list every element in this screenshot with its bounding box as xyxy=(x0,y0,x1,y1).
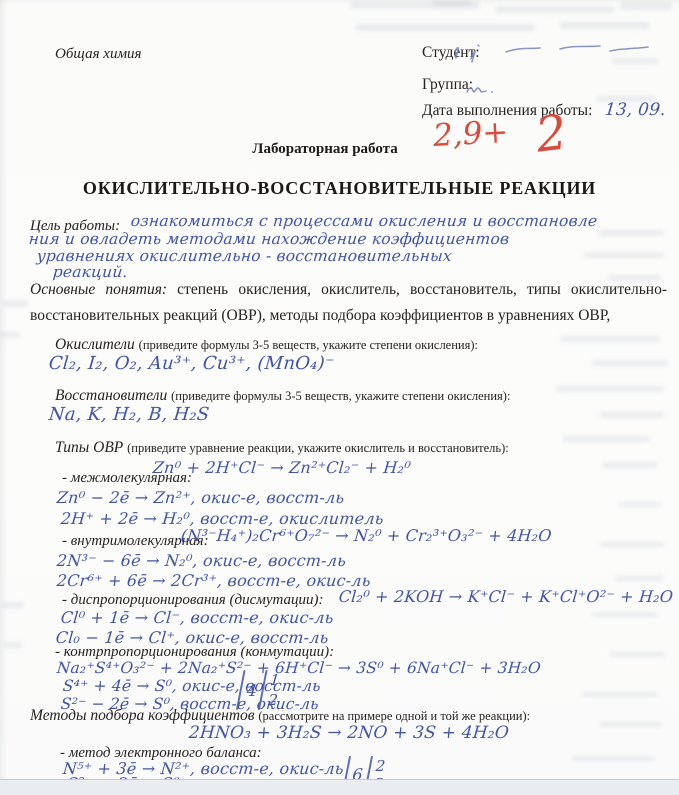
balance-electrons: 4 xyxy=(246,681,258,700)
intramolecular-equation: (N³⁻H₄⁺)₂Cr⁶⁺O₇²⁻ → N₂⁰ + Cr₂³⁺O₃²⁻ + 4H… xyxy=(180,526,553,545)
oxidizers-answer-handwritten: Cl₂, I₂, O₂, Au³⁺, Cu³⁺, (MnO₄)⁻ xyxy=(48,353,335,374)
intermolecular-equation: Zn⁰ + 2H⁺Cl⁻ → Zn²⁺Cl₂⁻ + H₂⁰ xyxy=(152,458,412,477)
ovr-types-row: Типы ОВР (приведите уравнение реакции, у… xyxy=(55,439,509,457)
oxidizers-row: Окислители (приведите формулы 3-5 вещест… xyxy=(55,336,478,354)
goal-handwritten-line: ния и овладеть методами нахождение коэфф… xyxy=(28,230,510,248)
balance-factor-1: 2 xyxy=(375,757,386,775)
disproportionation-equation: Cl₂⁰ + 2KOH → K⁺Cl⁻ + K⁺Cl⁺O²⁻ + H₂O xyxy=(338,587,674,606)
ovr-types-hint: (приведите уравнение реакции, укажите ок… xyxy=(127,441,509,455)
goal-handwritten-line: ознакомиться с процессами окисления и во… xyxy=(130,212,598,230)
group-value-scribble xyxy=(464,80,510,98)
grade-mark-extra: 2 xyxy=(533,104,570,163)
reducers-label: Восстановители xyxy=(55,387,167,404)
oxidizers-label: Окислители xyxy=(55,336,135,353)
electron-balance-table: 4 1 2 xyxy=(238,670,281,710)
scan-top-edge-shadow xyxy=(0,0,679,5)
concepts-label: Основные понятия: xyxy=(30,281,167,298)
intramolecular-half-reaction: 2N³⁻ − 6ē → N₂⁰, окис-е, восст-ль xyxy=(56,551,347,570)
oxidizers-hint: (приведите формулы 3-5 веществ, укажите … xyxy=(139,338,478,352)
methods-example-reaction: 2HNO₃ + 3H₂S → 2NO + 3S + 4H₂O xyxy=(188,723,510,743)
grade-mark-main: 2,9+ xyxy=(432,114,509,154)
scanned-lab-report-page: Общая химия Студент: Группа: Дата выполн… xyxy=(0,0,679,795)
document-main-title: ОКИСЛИТЕЛЬНО-ВОССТАНОВИТЕЛЬНЫЕ РЕАКЦИИ xyxy=(0,178,679,199)
methods-hint: (рассмотрите на примере одной и той же р… xyxy=(258,709,530,723)
date-value-handwritten: 13, 09. xyxy=(604,100,667,120)
course-title: Общая химия xyxy=(55,46,142,63)
student-name-scribble xyxy=(448,38,663,68)
disproportionation-label: - диспропорционирования (дисмутации): xyxy=(62,592,323,609)
scan-left-edge-shadow xyxy=(0,0,7,795)
disproportionation-half-reaction: Cl⁰ + 1ē → Cl⁻, восст-е, окис-ль xyxy=(60,608,334,627)
reducers-answer-handwritten: Na, K, H₂, B, H₂S xyxy=(48,404,210,425)
methods-label: Методы подбора коэффициентов xyxy=(30,707,255,724)
reducers-hint: (приведите формулы 3-5 веществ, укажите … xyxy=(171,389,510,403)
concepts-paragraph: Основные понятия: степень окисления, оки… xyxy=(30,277,667,329)
intramolecular-half-reaction: 2Cr⁶⁺ + 6ē → 2Cr³⁺, восст-е, окис-ль xyxy=(56,571,372,590)
viewer-bottom-bar xyxy=(0,779,679,795)
intermolecular-half-reaction: Zn⁰ − 2ē → Zn²⁺, окис-е, восст-ль xyxy=(56,488,345,507)
balance-factor-1: 1 xyxy=(269,671,280,689)
comproportionation-equation: Na₂⁺S⁴⁺O₃²⁻ + 2Na₂⁺S²⁻ + 6H⁺Cl⁻ → 3S⁰ + … xyxy=(56,659,542,677)
ovr-types-label: Типы ОВР xyxy=(55,439,123,456)
comproportionation-half-reaction: S⁴⁺ + 4ē → S⁰, окис-е, восст-ль xyxy=(62,677,322,695)
reducers-row: Восстановители (приведите формулы 3-5 ве… xyxy=(55,387,510,405)
